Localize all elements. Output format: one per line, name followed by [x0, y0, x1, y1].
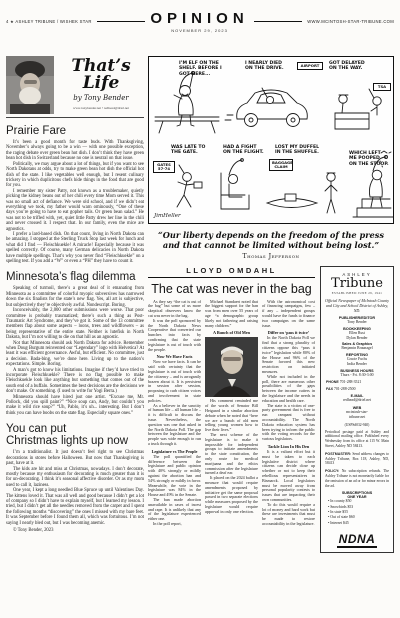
section-title: OPINION: [150, 10, 248, 27]
postmaster-label: POSTMASTER:: [325, 452, 351, 456]
paragraph: The poll quantified the difference betwe…: [148, 455, 201, 498]
paragraph: As a believer in the sanctity of human l…: [148, 404, 201, 447]
fax-label: FAX: [326, 387, 333, 391]
tribune-masthead-box: ASHLEY Tribune ESTABLISHED JUNE 29, 1941…: [320, 266, 394, 553]
header-website: WWW.MCINTOSH-STAR-TRIBUNE.COM: [307, 19, 394, 24]
header-rule-right: [254, 21, 303, 22]
phone-line: PHONE 701-288-3521: [324, 380, 390, 384]
article-column-1: As they say “the cat is out of the bag” …: [148, 300, 201, 527]
paragraph: The state is a victim of one-party gover…: [262, 404, 315, 442]
business-hours: BUSINESS HOURS Thurs - Fri. 8:30-3:00: [324, 369, 390, 378]
subscription-rate: • Internet $45: [328, 521, 390, 526]
fax-number: 701-288-2500: [334, 387, 356, 391]
cartoon-caption-7: Which left me pooped on the stoop.: [349, 151, 389, 167]
ndna-logo: NDNA: [324, 530, 390, 548]
article-columns: As they say “the cat is out of the bag” …: [148, 300, 315, 527]
periodical-notice: Periodical postage paid at Ashley and ad…: [324, 430, 390, 449]
paragraph: It placed on the 2024 ballot a measure t…: [205, 476, 258, 514]
paragraph: In the poll report,: [148, 522, 201, 527]
cartoon-caption-6: Lost my duffel in the shuffle.: [275, 145, 325, 156]
paragraph: It is a valiant effort but it must be ta…: [262, 450, 315, 503]
paragraph: Not that Minnesota should ask North Dako…: [6, 341, 144, 368]
paragraph: One year, I kept a long needled Blue Spr…: [6, 488, 144, 526]
paragraph: With the astronomical cost of financing …: [262, 300, 315, 329]
thats-life-title-block: That’s Life by Tony Bender www.tonybende…: [58, 56, 144, 114]
tony-bender-photo: [6, 56, 54, 114]
postmaster-notice: POSTMASTER: Send address changes to Ashl…: [324, 452, 390, 466]
cartoon-caption-2: I nearly died on the drive.: [245, 61, 289, 72]
role-names: Ellen Rust Dylan Bender: [324, 331, 390, 340]
paragraph: Politically, we may argue about a lot of…: [6, 162, 144, 189]
policy-label: POLICY:: [325, 469, 339, 473]
usps-number: (USPS#032-940): [324, 423, 390, 427]
paragraph: Minnesota should have hired just one art…: [6, 395, 144, 417]
cartoonist-signature: JimHeller: [154, 213, 181, 219]
tribune-name: Tribune: [324, 277, 390, 290]
paragraph: The next scheme of the legislature is to…: [205, 433, 258, 476]
paragraph: I remember my sister Patty, not known as…: [6, 189, 144, 232]
role-sales-graphics: Sales & Graphics Benjamin Braunagel: [324, 342, 390, 351]
omdahl-article: LLOYD OMDAHL The cat was never in the ba…: [148, 266, 315, 553]
editorial-cartoon: I’m elf on the shelf. Before I got here.…: [148, 56, 394, 224]
cartoon-drawing: [149, 57, 395, 225]
newspaper-opinion-page: 4 ★ ASHLEY TRIBUNE / WISHEK STAR OPINION…: [0, 0, 400, 618]
role-names: Thurs - Fri. 8:30-3:00: [324, 373, 390, 378]
headline-prairie-fare: Prairie Fare: [6, 125, 144, 137]
header-rule-left: [97, 21, 146, 22]
flag-dilemma-body: Speaking of turmoil, there’s a great dea…: [6, 286, 144, 416]
paragraph: Michael Standaert noted that the biggest…: [205, 300, 258, 329]
paragraph: A man’s got to know his limitations. Ima…: [6, 368, 144, 395]
quote-attribution: Thomas Jefferson: [148, 253, 394, 260]
omdahl-headline: The cat was never in the bag: [148, 282, 315, 296]
phone-number: 701-288-3521: [340, 380, 362, 384]
thats-life-column: That’s Life by Tony Bender www.tonybende…: [6, 56, 144, 533]
cartoon-caption-4: Was late to the gate.: [171, 145, 211, 156]
paragraph: Now we have facts. It can be said with c…: [148, 360, 201, 403]
omdahl-byline: LLOYD OMDAHL: [148, 266, 315, 275]
email-address: redhead@drtel.net: [324, 398, 390, 403]
article-column-2: Michael Standaert noted that the biggest…: [205, 300, 258, 527]
paragraph: In the North Dakota Poll we find that a …: [262, 336, 315, 374]
headline-line-1: You can put: [6, 423, 66, 435]
role-names: Benjamin Braunagel: [324, 346, 390, 351]
paragraph: As they say “the cat is out of the bag” …: [148, 300, 201, 319]
subhead-bunch-of-old-men: A Bunch of Old Men: [205, 330, 258, 335]
copyright-line: © Tony Bender, 2023: [6, 528, 144, 533]
fax-line: FAX 701-288-2500: [324, 387, 390, 391]
policy-notice: POLICY: No subscription refunds. The Ash…: [324, 469, 390, 488]
press-freedom-quote: “Our liberty depends on the freedom of t…: [148, 231, 394, 260]
tribune-official-text: Official Newspaper of McIntosh County an…: [324, 298, 390, 313]
section-header: OPINION NOVEMBER 29, 2023: [150, 10, 248, 33]
subscription-rates: • In county $50 • Snowbirds $53 • In sta…: [324, 499, 390, 526]
lloyd-omdahl-portrait: [205, 337, 258, 397]
column-byline: by Tony Bender: [58, 94, 144, 102]
headline-flag-dilemma: Minnesota’s flag dilemma: [6, 271, 144, 283]
prairie-fare-body: It’s been a good month for taste buds. W…: [6, 140, 144, 264]
phone-label: PHONE: [326, 380, 339, 384]
bottom-row: LLOYD OMDAHL The cat was never in the ba…: [148, 266, 394, 553]
role-reporting: REPORTING Gracie Fuchs India Bender: [324, 353, 390, 366]
column-title: That’s Life: [58, 58, 144, 92]
paragraph: Inconceivably, the 2,000 other submissio…: [6, 308, 144, 340]
right-section: I’m elf on the shelf. Before I got here.…: [148, 56, 394, 553]
cartoon-caption-3: Got delayed on the way.: [329, 61, 371, 72]
headline-christmas-lights: You can put Christmas lights up now: [6, 423, 144, 447]
role-names: Tony Bender: [324, 320, 390, 325]
web-address: mcintosh-star- tribune.net: [324, 410, 390, 419]
tribune-established: ESTABLISHED JUNE 29, 1941: [324, 291, 390, 295]
paragraph: The ban made abortion unavailable in cas…: [148, 498, 201, 522]
lloyd-omdahl-photo: [205, 337, 258, 397]
paragraph: To do this would require a lot of money …: [262, 503, 315, 527]
baggage-claim-sign: BAGGAGE CLAIM: [269, 159, 293, 171]
paragraph: While not included in the poll, there ar…: [262, 375, 315, 404]
paragraph: His comment reminded me of the words of …: [205, 399, 258, 433]
paragraph: I’m a traditionalist. It just doesn’t fe…: [6, 450, 144, 466]
tony-bender-portrait: [6, 56, 54, 114]
paragraph: The kids are hit and miss at Christmas, …: [6, 467, 144, 489]
role-bookkeeping: BOOKKEEPING Ellen Rust Dylan Bender: [324, 327, 390, 340]
column-contact: www.tonybender.net • redhead@drtel.net: [58, 106, 144, 110]
christmas-lights-body: I’m a traditionalist. It just doesn’t fe…: [6, 450, 144, 533]
ndna-logo-text: NDNA: [337, 533, 378, 548]
cartoon-caption-5: Had a fight on the flight.: [223, 145, 265, 156]
page-header: 4 ★ ASHLEY TRIBUNE / WISHEK STAR OPINION…: [6, 10, 394, 33]
paragraph: Speaking of turmoil, there’s a great dea…: [6, 286, 144, 308]
gates-sign: GATES 57-74: [153, 161, 175, 173]
issue-date: NOVEMBER 29, 2023: [150, 28, 248, 33]
quote-line-2: and that cannot be limited without being…: [148, 241, 394, 251]
airport-sign: AIRPORT: [297, 62, 323, 70]
header-left-folio: 4 ★ ASHLEY TRIBUNE / WISHEK STAR: [6, 19, 92, 24]
thats-life-masthead: That’s Life by Tony Bender www.tonybende…: [6, 56, 144, 118]
article-column-3: With the astronomical cost of financing …: [262, 300, 315, 527]
paragraph: It was the poll sponsored by the North D…: [148, 319, 201, 353]
byline-rule: [148, 277, 315, 278]
paragraph: It’s been a good month for taste buds. W…: [6, 140, 144, 162]
tsa-sign: TSA: [373, 83, 391, 91]
headline-line-2: Christmas lights up now: [6, 435, 128, 447]
role-names: Gracie Fuchs India Bender: [324, 357, 390, 366]
cartoon-caption-1: I’m elf on the shelf. Before I got here.…: [179, 61, 231, 77]
paragraph: I prefer a lard-based dish. On that coun…: [6, 232, 144, 264]
role-publisher: PUBLISHER/EDITOR Tony Bender: [324, 316, 390, 325]
